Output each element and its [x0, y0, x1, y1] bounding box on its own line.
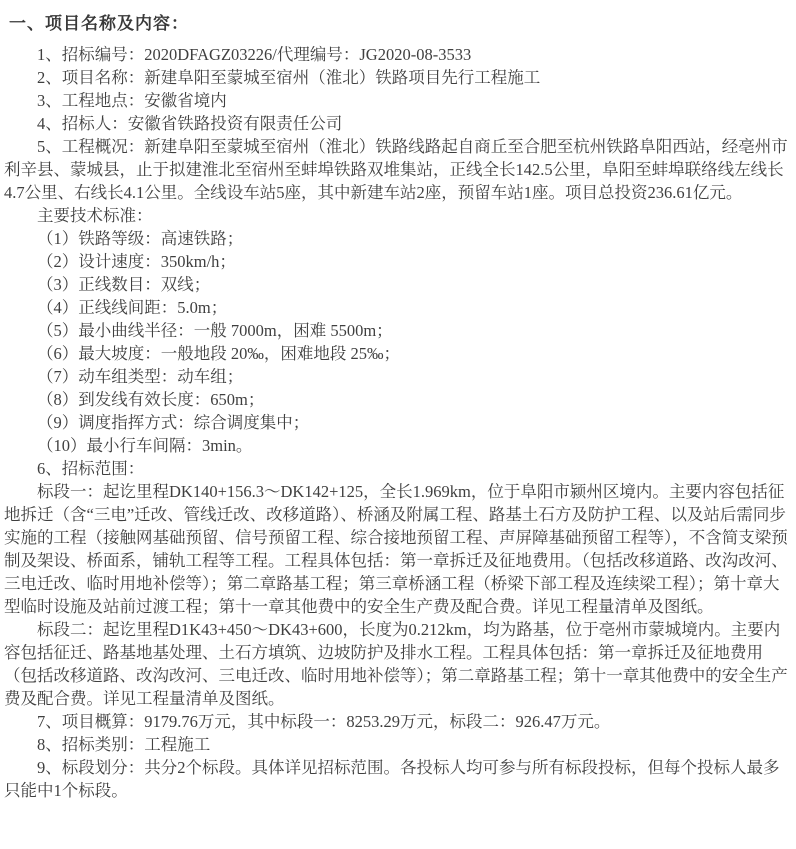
tech-standard-item-10: （10）最小行车间隔：3min。 [4, 434, 791, 457]
project-budget: 7、项目概算：9179.76万元，其中标段一：8253.29万元，标段二：926… [4, 710, 791, 733]
project-name: 2、项目名称：新建阜阳至蒙城至宿州（淮北）铁路项目先行工程施工 [4, 66, 791, 89]
tech-standard-item-5: （5）最小曲线半径：一般 7000m，困难 5500m； [4, 319, 791, 342]
scope-section-two: 标段二：起讫里程D1K43+450～DK43+600，长度为0.212km，均为… [4, 618, 791, 710]
tender-notice-document: 一、项目名称及内容： 1、招标编号：2020DFAGZ03226/代理编号：JG… [0, 0, 796, 814]
bid-category: 8、招标类别：工程施工 [4, 733, 791, 756]
tech-standard-item-6: （6）最大坡度：一般地段 20‰，困难地段 25‰； [4, 342, 791, 365]
tech-standard-item-1: （1）铁路等级：高速铁路； [4, 227, 791, 250]
scope-section-one: 标段一：起讫里程DK140+156.3～DK142+125，全长1.969km，… [4, 480, 791, 618]
tech-standard-item-4: （4）正线线间距：5.0m； [4, 296, 791, 319]
tech-standard-item-8: （8）到发线有效长度：650m； [4, 388, 791, 411]
project-overview: 5、工程概况：新建阜阳至蒙城至宿州（淮北）铁路线路起自商丘至合肥至杭州铁路阜阳西… [4, 135, 791, 204]
tech-standard-item-2: （2）设计速度：350km/h； [4, 250, 791, 273]
tech-standards-heading: 主要技术标准： [4, 204, 791, 227]
tech-standard-item-3: （3）正线数目：双线； [4, 273, 791, 296]
tech-standard-item-9: （9）调度指挥方式：综合调度集中； [4, 411, 791, 434]
tenderee: 4、招标人：安徽省铁路投资有限责任公司 [4, 112, 791, 135]
section-heading: 一、项目名称及内容： [4, 12, 791, 35]
tech-standard-item-7: （7）动车组类型：动车组； [4, 365, 791, 388]
scope-heading: 6、招标范围： [4, 457, 791, 480]
project-location: 3、工程地点：安徽省境内 [4, 89, 791, 112]
bid-number: 1、招标编号：2020DFAGZ03226/代理编号：JG2020-08-353… [4, 43, 791, 66]
section-division: 9、标段划分：共分2个标段。具体详见招标范围。各投标人均可参与所有标段投标，但每… [4, 756, 791, 802]
